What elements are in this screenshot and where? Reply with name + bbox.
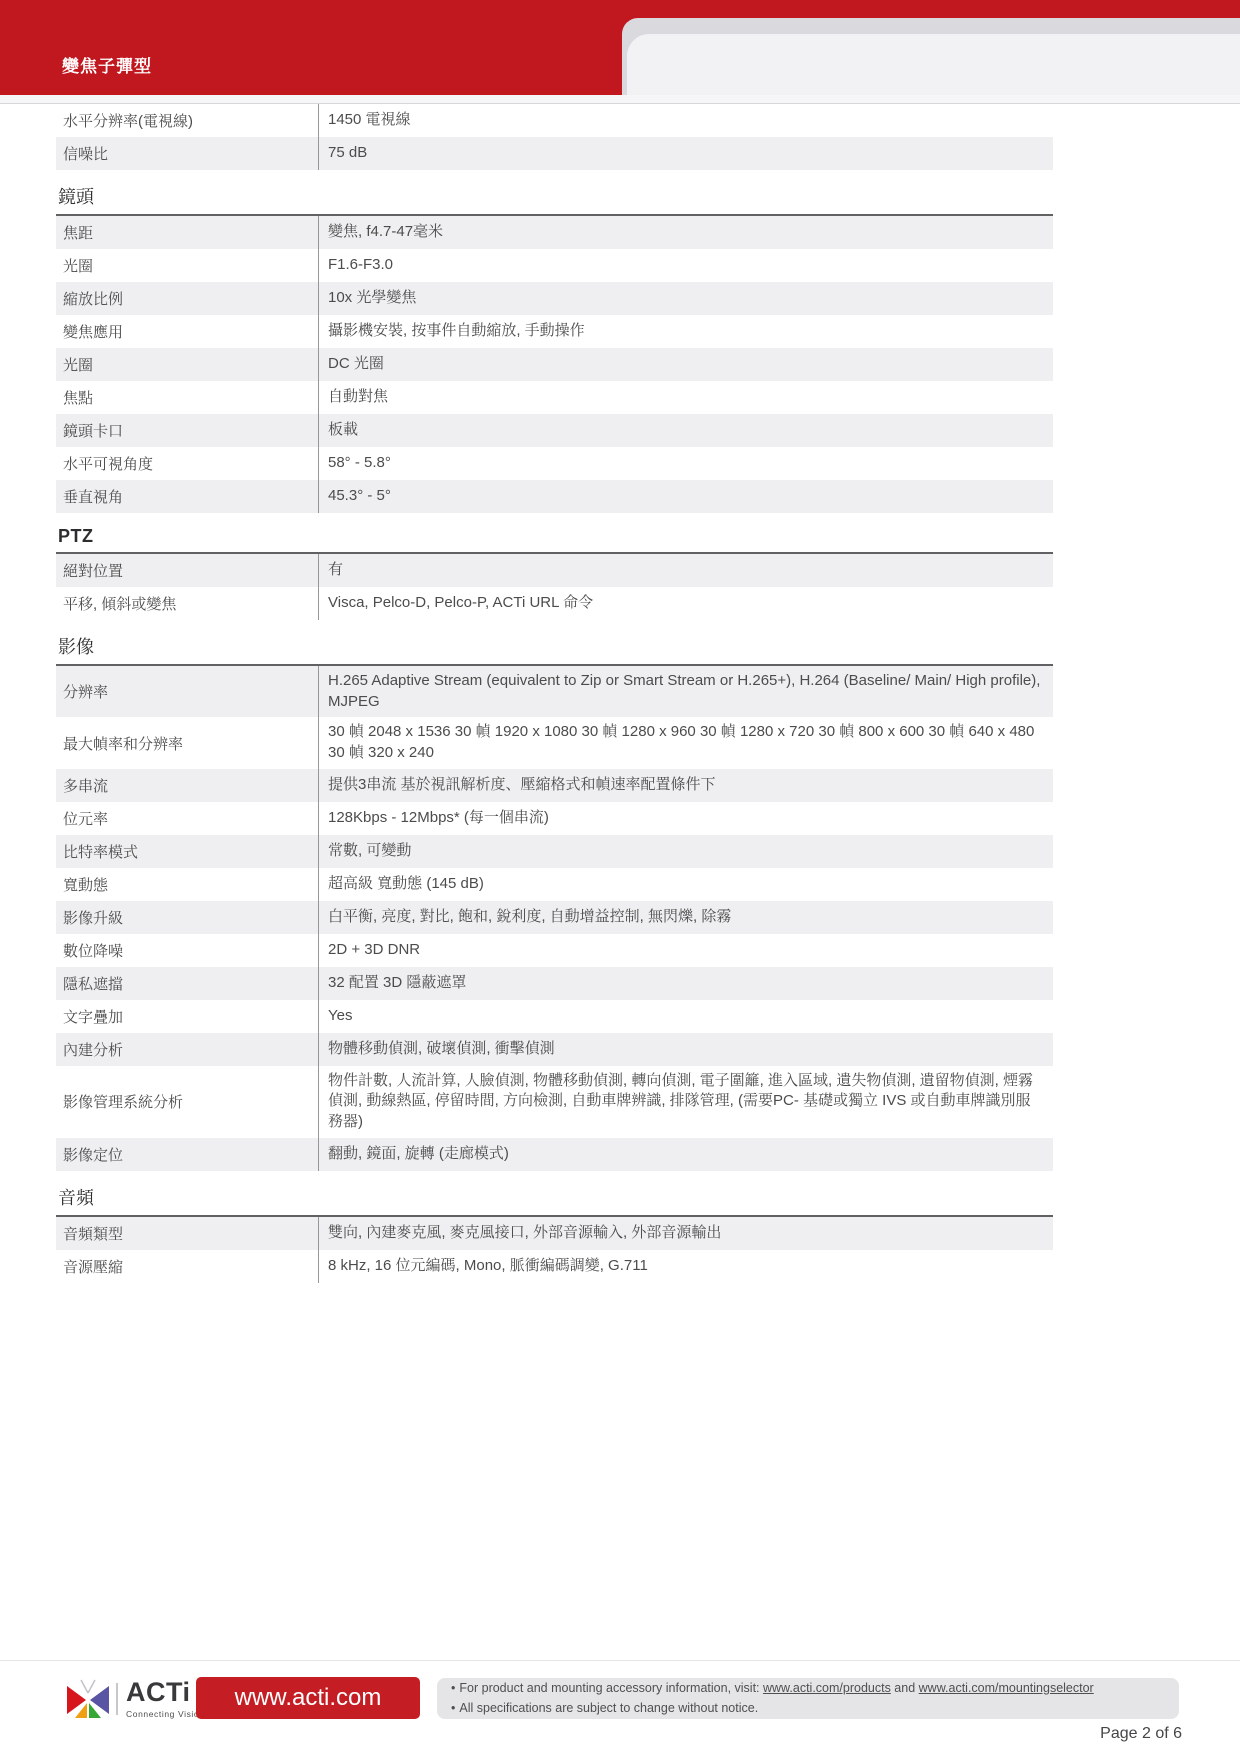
spec-label: 寬動態 xyxy=(56,868,318,901)
spec-row: 多串流提供3串流 基於視訊解析度、壓縮格式和幀速率配置條件下 xyxy=(56,769,1053,802)
spec-value: 自動對焦 xyxy=(318,381,1053,414)
spec-value: 58° - 5.8° xyxy=(318,447,1053,480)
spec-label: 信噪比 xyxy=(56,137,318,170)
spec-value: 30 幀 2048 x 1536 30 幀 1920 x 1080 30 幀 1… xyxy=(318,717,1053,768)
footer-note-line: •For product and mounting accessory info… xyxy=(451,1679,1165,1698)
spec-value: Yes xyxy=(318,1000,1053,1033)
spec-row: 焦距變焦, f4.7-47毫米 xyxy=(56,216,1053,249)
page-header-banner: 變焦子彈型 xyxy=(0,0,1240,95)
spec-row: 最大幀率和分辨率30 幀 2048 x 1536 30 幀 1920 x 108… xyxy=(56,717,1053,768)
spec-value: 45.3° - 5° xyxy=(318,480,1053,513)
section-title: 音頻 xyxy=(56,1178,1053,1217)
spec-row: 水平可視角度58° - 5.8° xyxy=(56,447,1053,480)
spec-label: 多串流 xyxy=(56,769,318,802)
spec-label: 內建分析 xyxy=(56,1033,318,1066)
logo-separator xyxy=(116,1683,118,1715)
footer-note-text: and xyxy=(891,1681,919,1695)
spec-label: 音頻類型 xyxy=(56,1217,318,1250)
spec-value: 2D + 3D DNR xyxy=(318,934,1053,967)
spec-label: 絕對位置 xyxy=(56,554,318,587)
spec-value: 翻動, 鏡面, 旋轉 (走廊模式) xyxy=(318,1138,1053,1171)
acti-butterfly-icon xyxy=(66,1679,110,1719)
spec-value: 物件計數, 人流計算, 人臉偵測, 物體移動偵測, 轉向偵測, 電子圍籬, 進入… xyxy=(318,1066,1053,1138)
section-title: 鏡頭 xyxy=(56,177,1053,216)
spec-row: 鏡頭卡口板載 xyxy=(56,414,1053,447)
spec-row: 影像定位翻動, 鏡面, 旋轉 (走廊模式) xyxy=(56,1138,1053,1171)
spec-value: 有 xyxy=(318,554,1053,587)
spec-label: 影像定位 xyxy=(56,1138,318,1171)
footer: ACTi Connecting Vision www.acti.com •For… xyxy=(0,1661,1240,1755)
footer-notes-box: •For product and mounting accessory info… xyxy=(437,1678,1179,1719)
spec-value: 1450 電視線 xyxy=(318,104,1053,137)
spec-row: 光圈DC 光圈 xyxy=(56,348,1053,381)
page-indicator: Page 2 of 6 xyxy=(1100,1725,1182,1743)
spec-label: 數位降噪 xyxy=(56,934,318,967)
spec-row: 信噪比75 dB xyxy=(56,137,1053,170)
spec-label: 最大幀率和分辨率 xyxy=(56,717,318,768)
spec-label: 光圈 xyxy=(56,348,318,381)
spec-value: 板載 xyxy=(318,414,1053,447)
spec-value: 超高級 寬動態 (145 dB) xyxy=(318,868,1053,901)
spec-row: 縮放比例10x 光學變焦 xyxy=(56,282,1053,315)
spec-value: 物體移動偵測, 破壞偵測, 衝擊偵測 xyxy=(318,1033,1053,1066)
spec-row: 隱私遮擋32 配置 3D 隱蔽遮罩 xyxy=(56,967,1053,1000)
spec-value: 75 dB xyxy=(318,137,1053,170)
spec-label: 音源壓縮 xyxy=(56,1250,318,1283)
website-link-button[interactable]: www.acti.com xyxy=(196,1677,420,1719)
spec-label: 分辨率 xyxy=(56,666,318,717)
spec-row: 焦點自動對焦 xyxy=(56,381,1053,414)
spec-value: 變焦, f4.7-47毫米 xyxy=(318,216,1053,249)
spec-row: 垂直視角45.3° - 5° xyxy=(56,480,1053,513)
footer-link[interactable]: www.acti.com/mountingselector xyxy=(919,1681,1094,1695)
spec-value: 10x 光學變焦 xyxy=(318,282,1053,315)
banner-bottom-strip xyxy=(0,95,1240,104)
spec-value: 常數, 可變動 xyxy=(318,835,1053,868)
spec-value: DC 光圈 xyxy=(318,348,1053,381)
spec-value: 雙向, 內建麥克風, 麥克風接口, 外部音源輸入, 外部音源輸出 xyxy=(318,1217,1053,1250)
spec-row: 音源壓縮8 kHz, 16 位元編碼, Mono, 脈衝編碼調變, G.711 xyxy=(56,1250,1053,1283)
bullet-icon: • xyxy=(451,1701,455,1715)
spec-label: 隱私遮擋 xyxy=(56,967,318,1000)
acti-logo: ACTi Connecting Vision xyxy=(66,1679,205,1719)
page-title: 變焦子彈型 xyxy=(62,52,152,77)
spec-value: H.265 Adaptive Stream (equivalent to Zip… xyxy=(318,666,1053,717)
section-title: 影像 xyxy=(56,627,1053,666)
footer-note-text: For product and mounting accessory infor… xyxy=(459,1681,763,1695)
spec-label: 文字疊加 xyxy=(56,1000,318,1033)
spec-label: 縮放比例 xyxy=(56,282,318,315)
spec-label: 垂直視角 xyxy=(56,480,318,513)
spec-label: 影像升級 xyxy=(56,901,318,934)
spec-row: 影像升級白平衡, 亮度, 對比, 飽和, 銳利度, 自動增益控制, 無閃爍, 除… xyxy=(56,901,1053,934)
spec-row: 變焦應用攝影機安裝, 按事件自動縮放, 手動操作 xyxy=(56,315,1053,348)
spec-row: 分辨率H.265 Adaptive Stream (equivalent to … xyxy=(56,666,1053,717)
spec-row: 數位降噪2D + 3D DNR xyxy=(56,934,1053,967)
spec-label: 焦點 xyxy=(56,381,318,414)
footer-link[interactable]: www.acti.com/products xyxy=(763,1681,891,1695)
spec-label: 水平可視角度 xyxy=(56,447,318,480)
spec-row: 比特率模式常數, 可變動 xyxy=(56,835,1053,868)
spec-row: 水平分辨率(電視線)1450 電視線 xyxy=(56,104,1053,137)
spec-label: 平移, 傾斜或變焦 xyxy=(56,587,318,620)
spec-value: F1.6-F3.0 xyxy=(318,249,1053,282)
bullet-icon: • xyxy=(451,1681,455,1695)
spec-row: 絕對位置有 xyxy=(56,554,1053,587)
section-title: PTZ xyxy=(56,520,1053,554)
spec-row: 文字疊加Yes xyxy=(56,1000,1053,1033)
spec-row: 光圈F1.6-F3.0 xyxy=(56,249,1053,282)
spec-value: 32 配置 3D 隱蔽遮罩 xyxy=(318,967,1053,1000)
spec-value: 提供3串流 基於視訊解析度、壓縮格式和幀速率配置條件下 xyxy=(318,769,1053,802)
spec-value: Visca, Pelco-D, Pelco-P, ACTi URL 命令 xyxy=(318,587,1053,620)
spec-row: 位元率128Kbps - 12Mbps* (每一個串流) xyxy=(56,802,1053,835)
footer-note-line: •All specifications are subject to chang… xyxy=(451,1699,1165,1718)
spec-table: 水平分辨率(電視線)1450 電視線信噪比75 dB鏡頭焦距變焦, f4.7-4… xyxy=(56,104,1053,1283)
spec-row: 內建分析物體移動偵測, 破壞偵測, 衝擊偵測 xyxy=(56,1033,1053,1066)
spec-value: 8 kHz, 16 位元編碼, Mono, 脈衝編碼調變, G.711 xyxy=(318,1250,1053,1283)
spec-label: 影像管理系統分析 xyxy=(56,1066,318,1138)
spec-value: 攝影機安裝, 按事件自動縮放, 手動操作 xyxy=(318,315,1053,348)
banner-corner-tab xyxy=(627,34,1240,95)
spec-value: 白平衡, 亮度, 對比, 飽和, 銳利度, 自動增益控制, 無閃爍, 除霧 xyxy=(318,901,1053,934)
spec-row: 寬動態超高級 寬動態 (145 dB) xyxy=(56,868,1053,901)
spec-label: 位元率 xyxy=(56,802,318,835)
spec-row: 音頻類型雙向, 內建麥克風, 麥克風接口, 外部音源輸入, 外部音源輸出 xyxy=(56,1217,1053,1250)
footer-note-text: All specifications are subject to change… xyxy=(459,1701,758,1715)
spec-row: 平移, 傾斜或變焦Visca, Pelco-D, Pelco-P, ACTi U… xyxy=(56,587,1053,620)
spec-label: 鏡頭卡口 xyxy=(56,414,318,447)
spec-label: 焦距 xyxy=(56,216,318,249)
spec-label: 比特率模式 xyxy=(56,835,318,868)
spec-label: 水平分辨率(電視線) xyxy=(56,104,318,137)
spec-row: 影像管理系統分析物件計數, 人流計算, 人臉偵測, 物體移動偵測, 轉向偵測, … xyxy=(56,1066,1053,1138)
logo-brand-text: ACTi xyxy=(126,1679,205,1706)
spec-value: 128Kbps - 12Mbps* (每一個串流) xyxy=(318,802,1053,835)
logo-tagline: Connecting Vision xyxy=(126,1709,205,1719)
spec-label: 光圈 xyxy=(56,249,318,282)
spec-label: 變焦應用 xyxy=(56,315,318,348)
